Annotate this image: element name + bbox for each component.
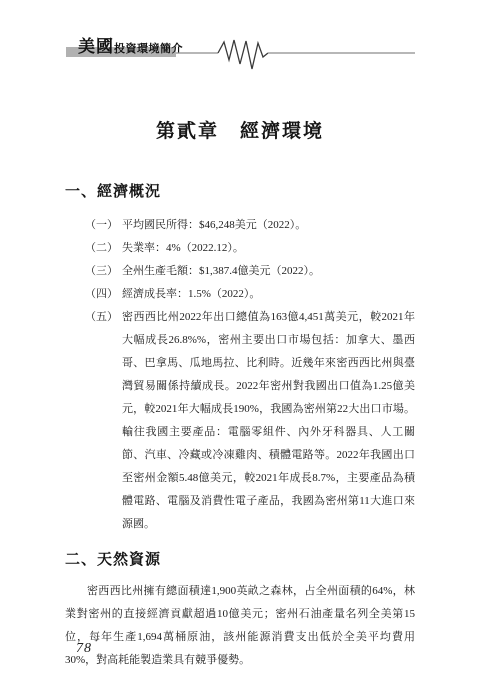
page-number: 78: [76, 641, 92, 657]
item-marker: （四）: [85, 283, 118, 306]
chapter-title: 第貳章 經濟環境: [65, 118, 415, 146]
brand-secondary: 投資環境簡介: [114, 40, 183, 56]
document-page: 美國投資環境簡介 第貳章 經濟環境 一、經濟概況 （一）平均國民所得：$46,2…: [0, 0, 480, 679]
paragraph: 密西西比州擁有總面積達1,900英畝之森林，占全州面積的64%，林業對密州的直接…: [65, 580, 415, 672]
item-text: 全州生產毛額：$1,387.4億美元（2022）。: [122, 265, 320, 277]
brand-primary: 美國: [78, 36, 114, 57]
item-text: 經濟成長率：1.5%（2022）。: [122, 288, 260, 300]
section-heading-resources: 二、天然資源: [65, 548, 415, 572]
item-marker: （二）: [85, 237, 118, 260]
content: 第貳章 經濟環境 一、經濟概況 （一）平均國民所得：$46,248美元（2022…: [65, 118, 415, 672]
economy-item-list: （一）平均國民所得：$46,248美元（2022）。 （二）失業率：4%（202…: [85, 214, 415, 536]
item-text: 密西西比州2022年出口總值為163億4,451萬美元，較2021年大幅成長26…: [122, 311, 415, 530]
item-marker: （一）: [85, 214, 118, 237]
list-item: （五）密西西比州2022年出口總值為163億4,451萬美元，較2021年大幅成…: [85, 306, 415, 536]
item-text: 失業率：4%（2022.12）。: [122, 242, 244, 254]
heartbeat-line-icon: [176, 36, 415, 72]
brand: 美國投資環境簡介: [78, 36, 183, 57]
list-item: （一）平均國民所得：$46,248美元（2022）。: [85, 214, 415, 237]
list-item: （四）經濟成長率：1.5%（2022）。: [85, 283, 415, 306]
list-item: （二）失業率：4%（2022.12）。: [85, 237, 415, 260]
page-header: 美國投資環境簡介: [0, 0, 480, 80]
section-heading-economy: 一、經濟概況: [65, 180, 415, 204]
item-marker: （五）: [85, 306, 118, 329]
item-marker: （三）: [85, 260, 118, 283]
item-text: 平均國民所得：$46,248美元（2022）。: [122, 219, 306, 231]
list-item: （三）全州生產毛額：$1,387.4億美元（2022）。: [85, 260, 415, 283]
